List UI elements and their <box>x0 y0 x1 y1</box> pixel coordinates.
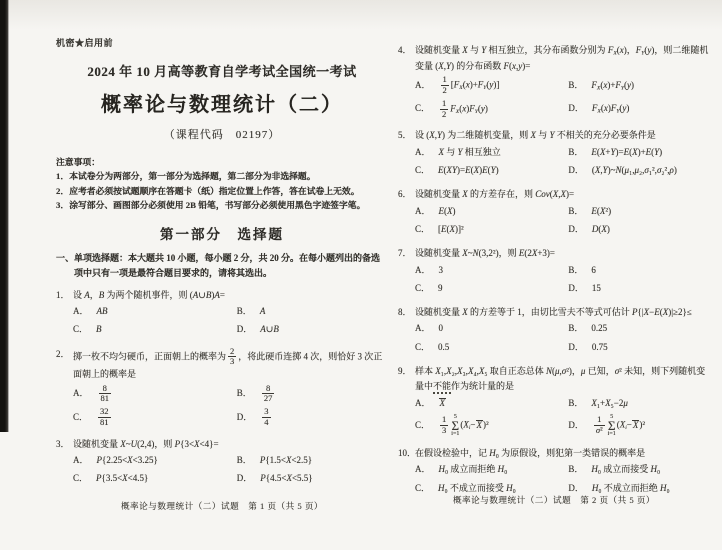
summation-symbol: 5Σi=1 <box>451 414 459 437</box>
subscript: Y <box>483 85 486 91</box>
question-header: 5．设 (X,Y) 为二维随机变量，则 X 与 Y 不相关的充分必要条件是 <box>398 128 710 143</box>
question-stem: 设随机变量 X 的方差存在，则 Cov(X,X)= <box>415 187 710 202</box>
fraction: 23 <box>228 347 236 368</box>
question: 3．设随机变量 X~U(2,4)，则 P{3<X<4}=A．P{2.25<X<3… <box>56 437 388 487</box>
option: A．X 与 Y 相互独立 <box>415 145 568 160</box>
option-label: B． <box>568 78 583 93</box>
fraction-numerator: 32 <box>98 407 111 417</box>
fraction: 12 <box>440 99 448 120</box>
question: 9．样本 X₁,X₂,X₃,X₄,X₅ 取自正态总体 N(μ,σ²)，μ 已知，… <box>398 364 710 437</box>
option-label: B． <box>568 462 583 477</box>
option: D．34 <box>237 407 388 428</box>
option-label: D． <box>568 418 584 433</box>
option-value: FX(x)+FY(y) <box>591 78 634 94</box>
options-grid: A．P{2.25<X<3.25}B．P{1.5<X<2.5}C．P{3.5<X<… <box>56 453 388 487</box>
option-value: X <box>439 396 447 411</box>
option: D．FX(x)FY(y) <box>568 99 710 120</box>
option-value: A∪B <box>260 322 279 337</box>
summation-symbol: 5Σi=1 <box>608 414 616 437</box>
sum-lower-limit: i=1 <box>608 431 616 437</box>
options-grid: A．H₀ 成立而拒绝 H₀B．H₀ 成立而接受 H₀C．H₀ 不成立而接受 H₀… <box>398 462 710 496</box>
question: 6．设随机变量 X 的方差存在，则 Cov(X,X)=A．E(X)B．E(X²)… <box>398 187 710 237</box>
option: A．0 <box>415 321 568 336</box>
option-label: A． <box>73 453 89 468</box>
option-value: P{4.5<X<5.5} <box>260 471 312 486</box>
question-number: 4． <box>398 43 415 74</box>
option-label: B． <box>568 321 583 336</box>
option-label: C． <box>415 222 430 237</box>
option-value: FX(x)FY(y) <box>592 101 630 117</box>
option: C．135Σi=1(Xi−X)² <box>415 414 568 437</box>
fraction: 34 <box>262 407 270 428</box>
option-label: D． <box>568 101 584 116</box>
option-label: D． <box>568 163 584 178</box>
notice-item: 2．应考者必须按试题顺序在答题卡（纸）指定位置上作答，答在试卷上无效。 <box>56 184 388 198</box>
question-header: 2．掷一枚不均匀硬币，正面朝上的概率为23，将此硬币连掷 4 次，则恰好 3 次… <box>56 347 388 383</box>
question-number: 2． <box>56 347 73 383</box>
question: 1．设 A，B 为两个随机事件，则 (A∪B)A=A．ABB．AC．BD．A∪B <box>56 288 388 338</box>
option-value: H₀ 成立而接受 H₀ <box>591 462 660 477</box>
option-value: P{3.5<X<4.5} <box>96 471 148 486</box>
fraction: 13 <box>440 415 448 436</box>
overline-symbol: X <box>439 398 447 408</box>
sigma-glyph: Σ <box>452 420 460 431</box>
option-value: 12[FX(x)+FY(y)] <box>439 75 500 96</box>
option-label: B． <box>237 304 252 319</box>
fraction-numerator: 1 <box>595 415 603 425</box>
option: D．1σ²5Σi=1(Xi−X)² <box>568 414 710 437</box>
option: C．9 <box>415 281 568 296</box>
option: B．FX(x)+FY(y) <box>568 75 710 96</box>
option-label: C． <box>415 281 430 296</box>
option-value: 0.25 <box>591 321 607 336</box>
question-list-page-1: 1．设 A，B 为两个随机事件，则 (A∪B)A=A．ABB．AC．BD．A∪B… <box>56 288 388 487</box>
option-value: E(XY)=E(X)E(Y) <box>438 163 499 178</box>
option-value: 0.5 <box>438 340 449 355</box>
exam-title: 概率论与数理统计（二） <box>56 88 388 117</box>
exam-notices: 注意事项： 1．本试卷分为两部分，第一部分为选择题，第二部分为非选择题。 2．应… <box>56 155 388 212</box>
option: D．A∪B <box>237 322 388 337</box>
overline-symbol: X <box>632 420 640 430</box>
question: 8．设随机变量 X 的方差等于 1，由切比雪夫不等式可估计 P{|X−E(X)|… <box>398 305 710 355</box>
fraction-numerator: 8 <box>101 384 109 394</box>
options-grid: A．X 与 Y 相互独立B．E(X+Y)=E(X)+E(Y)C．E(XY)=E(… <box>398 145 710 179</box>
option-label: A． <box>415 78 431 93</box>
option: A．H₀ 成立而拒绝 H₀ <box>415 462 568 477</box>
page-footer: 概率论与数理统计（二）试题 第 2 页（共 5 页） <box>398 494 710 506</box>
fraction-numerator: 8 <box>264 384 272 394</box>
options-grid: A．881B．827C．3281D．34 <box>56 384 388 428</box>
question-number: 3． <box>56 437 73 452</box>
option: B．6 <box>568 263 710 278</box>
option-label: A． <box>415 145 431 160</box>
option: D．0.75 <box>568 340 710 355</box>
option-label: B． <box>237 453 252 468</box>
emphasized-text: 不能 <box>433 381 451 394</box>
subscript: i <box>625 425 627 431</box>
scan-top-shading <box>0 0 722 30</box>
option-value: X 与 Y 相互独立 <box>439 145 501 160</box>
option: A．E(X) <box>415 204 568 219</box>
question-header: 6．设随机变量 X 的方差存在，则 Cov(X,X)= <box>398 187 710 202</box>
question-number: 8． <box>398 305 415 320</box>
option: C．3281 <box>73 407 237 428</box>
fraction: 3281 <box>98 407 111 428</box>
option-label: A． <box>415 396 431 411</box>
option-value: H₀ 成立而拒绝 H₀ <box>439 462 508 477</box>
option-value: 135Σi=1(Xi−X)² <box>438 414 489 437</box>
option-value: 34 <box>260 407 272 428</box>
option-value: X₁+X₅−2μ <box>591 396 627 411</box>
option: B．X₁+X₅−2μ <box>568 396 710 411</box>
fraction-numerator: 3 <box>262 407 270 417</box>
notices-title: 注意事项： <box>56 155 388 169</box>
fraction-denominator: 2 <box>441 85 449 96</box>
options-grid: A．ABB．AC．BD．A∪B <box>56 304 388 338</box>
exam-page-1: 机密★启用前 2024 年 10 月高等教育自学考试全国统一考试 概率论与数理统… <box>56 36 388 496</box>
fraction-numerator: 2 <box>228 347 236 357</box>
subscript: i <box>469 425 471 431</box>
fraction-denominator: 81 <box>98 417 111 428</box>
question-number: 10． <box>398 446 415 461</box>
option: B．827 <box>237 384 388 405</box>
fraction-denominator: 3 <box>440 425 448 436</box>
option: C．P{3.5<X<4.5} <box>73 471 237 486</box>
option: C．[E(X)]² <box>415 222 568 237</box>
question-stem: 在假设检验中，记 H₀ 为原假设，则犯第一类错误的概率是 <box>415 446 710 461</box>
option-value: B <box>96 322 102 337</box>
options-grid: A．XB．X₁+X₅−2μC．135Σi=1(Xi−X)²D．1σ²5Σi=1(… <box>398 396 710 437</box>
section-heading: 第一部分 选择题 <box>56 223 388 243</box>
section-instructions: 一、单项选择题：本大题共 10 小题，每小题 2 分，共 20 分。在每小题列出… <box>56 251 388 281</box>
option-value: E(X²) <box>591 204 611 219</box>
option-value: 6 <box>591 263 596 278</box>
question: 10．在假设检验中，记 H₀ 为原假设，则犯第一类错误的概率是A．H₀ 成立而拒… <box>398 446 710 496</box>
option: D．(X,Y)~N(μ₁,μ₂,σ₁²,σ₂²,ρ) <box>568 163 710 178</box>
fraction-denominator: 4 <box>262 417 270 428</box>
option-label: D． <box>237 410 253 425</box>
option-label: B． <box>568 145 583 160</box>
sigma-glyph: Σ <box>608 420 616 431</box>
question: 7．设随机变量 X~N(3,2²)，则 E(2X+3)=A．3B．6C．9D．1… <box>398 246 710 296</box>
subscript: X <box>459 85 462 91</box>
option-label: C． <box>73 471 88 486</box>
fraction-numerator: 1 <box>440 415 448 425</box>
option-value: 0.75 <box>592 340 608 355</box>
option-value: P{1.5<X<2.5} <box>260 453 312 468</box>
option: A．12[FX(x)+FY(y)] <box>415 75 568 96</box>
subscript: X <box>456 109 459 115</box>
option-label: A． <box>415 321 431 336</box>
option-label: D． <box>237 322 253 337</box>
question-list-page-2: 4．设随机变量 X 与 Y 相互独立，其分布函数分别为 FX(x)，FY(y)，… <box>398 43 710 496</box>
question-header: 1．设 A，B 为两个随机事件，则 (A∪B)A= <box>56 288 388 303</box>
fraction: 1σ² <box>594 415 605 436</box>
option: B．A <box>237 304 388 319</box>
option: D．15 <box>568 281 710 296</box>
question-stem: 掷一枚不均匀硬币，正面朝上的概率为23，将此硬币连掷 4 次，则恰好 3 次正面… <box>73 347 388 383</box>
option-value: 1σ²5Σi=1(Xi−X)² <box>592 414 645 437</box>
fraction-denominator: 3 <box>228 356 236 367</box>
option-label: A． <box>73 304 89 319</box>
option-label: C． <box>73 410 88 425</box>
option: A．881 <box>73 384 237 405</box>
question-header: 3．设随机变量 X~U(2,4)，则 P{3<X<4}= <box>56 437 388 452</box>
option-label: B． <box>568 396 583 411</box>
option-value: (X,Y)~N(μ₁,μ₂,σ₁²,σ₂²,ρ) <box>592 163 677 178</box>
option-label: B． <box>237 386 252 401</box>
options-grid: A．E(X)B．E(X²)C．[E(X)]²D．D(X) <box>398 204 710 238</box>
confidential-label: 机密★启用前 <box>56 36 388 49</box>
option-value: D(X) <box>592 222 610 237</box>
option-value: 15 <box>592 281 601 296</box>
option: B．P{1.5<X<2.5} <box>237 453 388 468</box>
course-code: （课程代码 02197） <box>56 126 388 142</box>
option-label: B． <box>568 204 583 219</box>
fraction-numerator: 1 <box>441 75 449 85</box>
question: 2．掷一枚不均匀硬币，正面朝上的概率为23，将此硬币连掷 4 次，则恰好 3 次… <box>56 347 388 428</box>
question-stem: 设随机变量 X 的方差等于 1，由切比雪夫不等式可估计 P{|X−E(X)|≥2… <box>415 305 710 320</box>
subscript: Y <box>475 109 478 115</box>
option-label: A． <box>415 462 431 477</box>
fraction-numerator: 1 <box>440 99 448 109</box>
option-label: C． <box>415 163 430 178</box>
fraction: 827 <box>262 384 275 405</box>
option-label: D． <box>568 222 584 237</box>
option: B．0.25 <box>568 321 710 336</box>
fraction-denominator: 27 <box>262 393 275 404</box>
question-number: 7． <box>398 246 415 261</box>
scan-edge-strip <box>0 0 9 432</box>
option-label: C． <box>415 101 430 116</box>
notice-item: 3．涂写部分、画图部分必须使用 2B 铅笔，书写部分必须使用黑色字迹签字笔。 <box>56 198 388 212</box>
option-label: C． <box>415 418 430 433</box>
option-label: D． <box>237 471 253 486</box>
option-value: 3 <box>439 263 444 278</box>
question-number: 1． <box>56 288 73 303</box>
option-label: A． <box>415 204 431 219</box>
option-label: C． <box>73 322 88 337</box>
subscript: X <box>613 50 616 56</box>
question-stem: 样本 X₁,X₂,X₃,X₄,X₅ 取自正态总体 N(μ,σ²)，μ 已知，σ²… <box>415 364 710 395</box>
option-label: A． <box>415 263 431 278</box>
question-header: 9．样本 X₁,X₂,X₃,X₄,X₅ 取自正态总体 N(μ,σ²)，μ 已知，… <box>398 364 710 395</box>
option: B．E(X²) <box>568 204 710 219</box>
question-header: 4．设随机变量 X 与 Y 相互独立，其分布函数分别为 FX(x)，FY(y)，… <box>398 43 710 74</box>
options-grid: A．12[FX(x)+FY(y)]B．FX(x)+FY(y)C．12FX(x)F… <box>398 75 710 119</box>
exam-session-title: 2024 年 10 月高等教育自学考试全国统一考试 <box>56 61 388 80</box>
question-stem: 设随机变量 X 与 Y 相互独立，其分布函数分别为 FX(x)，FY(y)，则二… <box>415 43 710 74</box>
notice-item: 1．本试卷分为两部分，第一部分为选择题，第二部分为非选择题。 <box>56 169 388 183</box>
option-label: D． <box>568 340 584 355</box>
notices-list: 1．本试卷分为两部分，第一部分为选择题，第二部分为非选择题。 2．应考者必须按试… <box>56 169 388 212</box>
option-label: C． <box>415 340 430 355</box>
option-label: D． <box>568 281 584 296</box>
option: A．X <box>415 396 568 411</box>
option: C．12FX(x)FY(y) <box>415 99 568 120</box>
question-stem: 设 (X,Y) 为二维随机变量，则 X 与 Y 不相关的充分必要条件是 <box>415 128 710 143</box>
option-value: P{2.25<X<3.25} <box>97 453 158 468</box>
option: D．P{4.5<X<5.5} <box>237 471 388 486</box>
option-value: AB <box>97 304 108 319</box>
option-label: B． <box>568 263 583 278</box>
page-footer: 概率论与数理统计（二）试题 第 1 页（共 5 页） <box>56 500 388 512</box>
question-stem: 设随机变量 X~N(3,2²)，则 E(2X+3)= <box>415 246 710 261</box>
option: C．B <box>73 322 237 337</box>
option: D．D(X) <box>568 222 710 237</box>
question-stem: 设随机变量 X~U(2,4)，则 P{3<X<4}= <box>73 437 388 452</box>
option: A．3 <box>415 263 568 278</box>
options-grid: A．0B．0.25C．0.5D．0.75 <box>398 321 710 355</box>
option-value: 12FX(x)FY(y) <box>438 99 488 120</box>
option: C．0.5 <box>415 340 568 355</box>
question: 5．设 (X,Y) 为二维随机变量，则 X 与 Y 不相关的充分必要条件是A．X… <box>398 128 710 178</box>
subscript: Y <box>641 50 644 56</box>
option-value: 3281 <box>96 407 113 428</box>
question: 4．设随机变量 X 与 Y 相互独立，其分布函数分别为 FX(x)，FY(y)，… <box>398 43 710 119</box>
question-header: 7．设随机变量 X~N(3,2²)，则 E(2X+3)= <box>398 246 710 261</box>
sum-lower-limit: i=1 <box>451 431 459 437</box>
option-value: 827 <box>260 384 277 405</box>
question-stem: 设 A，B 为两个随机事件，则 (A∪B)A= <box>73 288 388 303</box>
subscript: Y <box>616 109 619 115</box>
option-value: 9 <box>438 281 443 296</box>
options-grid: A．3B．6C．9D．15 <box>398 263 710 297</box>
question-header: 10．在假设检验中，记 H₀ 为原假设，则犯第一类错误的概率是 <box>398 446 710 461</box>
subscript: X <box>597 109 600 115</box>
subscript: X <box>597 85 600 91</box>
option-label: A． <box>73 386 89 401</box>
question-number: 5． <box>398 128 415 143</box>
fraction-denominator: 2 <box>440 109 448 120</box>
subscript: Y <box>621 85 624 91</box>
option: A．AB <box>73 304 237 319</box>
option-value: 0 <box>439 321 444 336</box>
question-number: 9． <box>398 364 415 395</box>
option-value: [E(X)]² <box>438 222 464 237</box>
option-value: 881 <box>97 384 114 405</box>
fraction-denominator: σ² <box>594 425 605 436</box>
option: C．E(XY)=E(X)E(Y) <box>415 163 568 178</box>
option: B．E(X+Y)=E(X)+E(Y) <box>568 145 710 160</box>
scanned-exam-paper: { "colors": { "paper": "#f6f5f2", "ink":… <box>0 0 722 550</box>
overline-symbol: X <box>476 420 484 430</box>
fraction: 12 <box>441 75 449 96</box>
exam-page-2: 4．设随机变量 X 与 Y 相互独立，其分布函数分别为 FX(x)，FY(y)，… <box>398 36 710 505</box>
fraction-denominator: 81 <box>99 393 112 404</box>
option-value: A <box>260 304 266 319</box>
option-value: E(X) <box>439 204 456 219</box>
option: A．P{2.25<X<3.25} <box>73 453 237 468</box>
question-number: 6． <box>398 187 415 202</box>
option: B．H₀ 成立而接受 H₀ <box>568 462 710 477</box>
question-header: 8．设随机变量 X 的方差等于 1，由切比雪夫不等式可估计 P{|X−E(X)|… <box>398 305 710 320</box>
fraction: 881 <box>99 384 112 405</box>
option-value: E(X+Y)=E(X)+E(Y) <box>591 145 662 160</box>
